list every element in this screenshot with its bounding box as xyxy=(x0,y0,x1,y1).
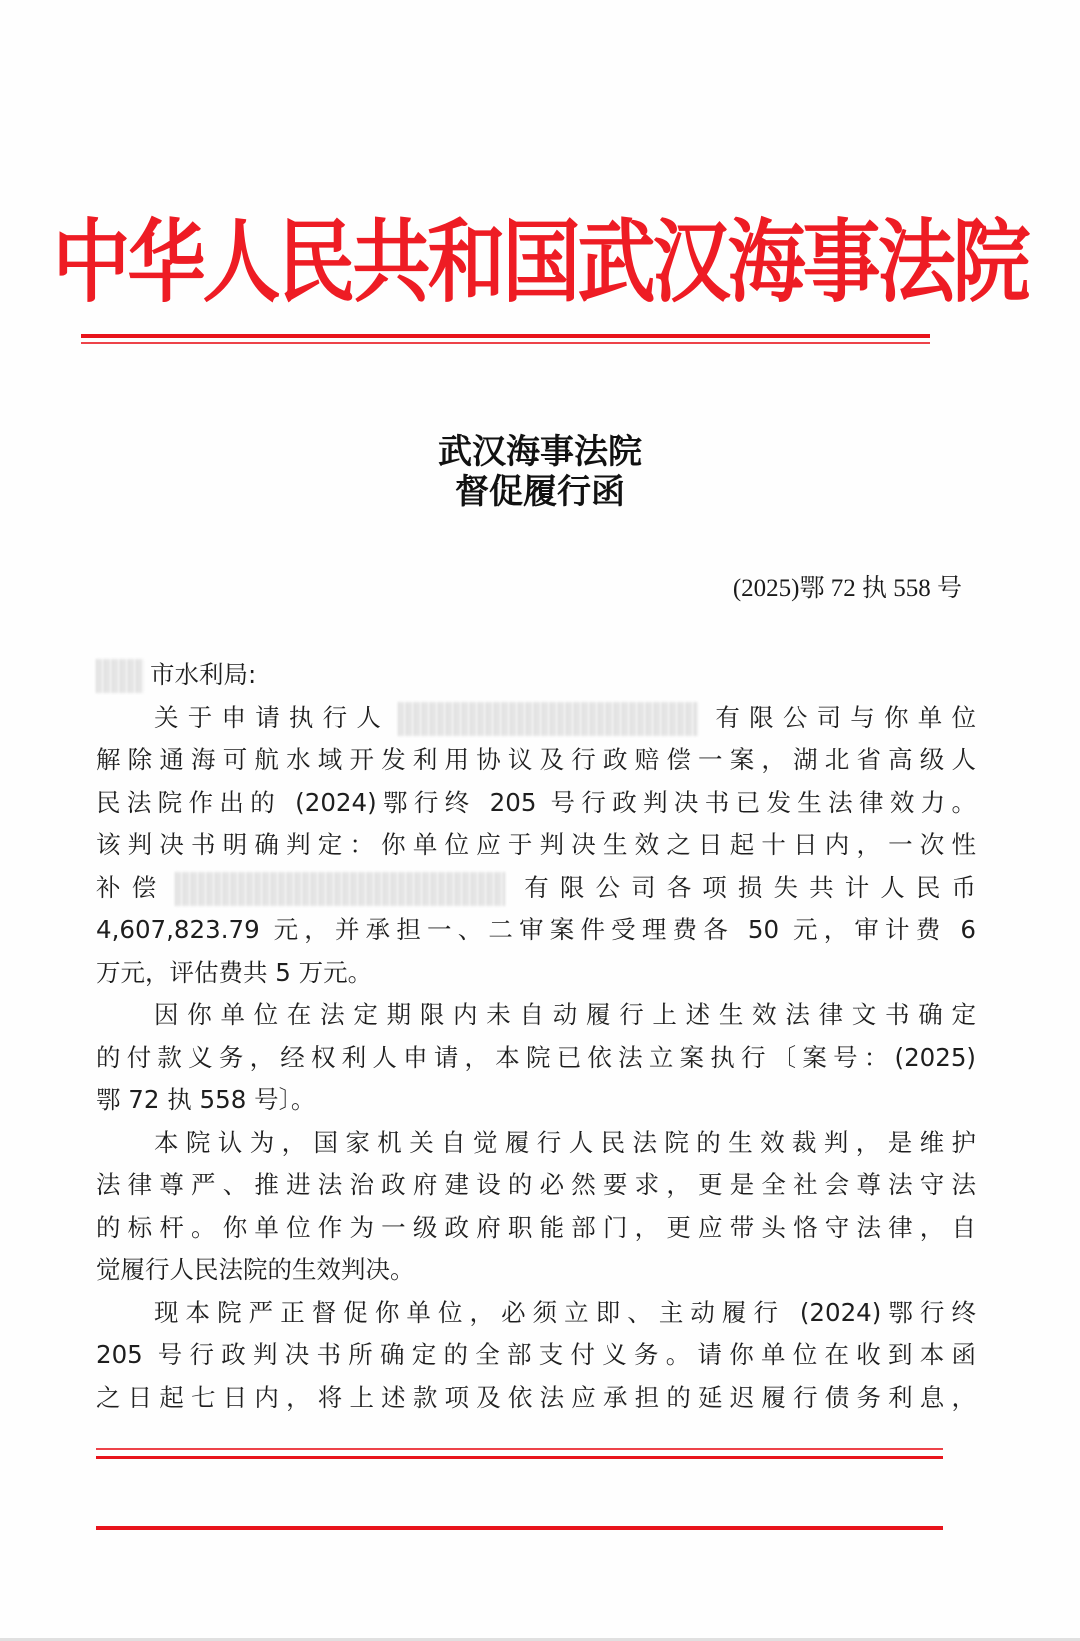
text: 补偿 xyxy=(96,873,167,902)
text: 关于申请执行人 xyxy=(154,703,390,732)
text: 有限公司各项损失共计人民币 xyxy=(513,873,976,902)
redacted-city xyxy=(96,659,144,693)
footer-divider-thin xyxy=(96,1448,943,1450)
paragraph-1-line-7: 万元，评估费共 5 万元。 xyxy=(96,952,976,995)
letter-body: 市水利局: 关于申请执行人有限公司与你单位 解除通海可航水域开发利用协议及行政赔… xyxy=(96,654,976,1419)
paragraph-1-line-6: 4,607,823.79 元，并承担一、二审案件受理费各 50 元，审计费 6 xyxy=(96,909,976,952)
paragraph-3-line-2: 法律尊严、推进法治政府建设的必然要求，更是全社会尊法守法 xyxy=(96,1164,976,1207)
paragraph-1-line-5: 补偿有限公司各项损失共计人民币 xyxy=(96,867,976,910)
letter-type: 督促履行函 xyxy=(0,472,1080,512)
paragraph-2-line-2: 的付款义务，经权利人申请，本院已依法立案执行〔案号：(2025) xyxy=(96,1037,976,1080)
redacted-company xyxy=(398,702,698,736)
paragraph-1-line-2: 解除通海可航水域开发利用协议及行政赔偿一案，湖北省高级人 xyxy=(96,739,976,782)
document-number: (2025)鄂 72 执 558 号 xyxy=(733,572,962,606)
paragraph-4-line-1: 现本院严正督促你单位，必须立即、主动履行 (2024)鄂行终 xyxy=(96,1292,976,1335)
paragraph-1-line-3: 民法院作出的 (2024)鄂行终 205 号行政判决书已发生法律效力。 xyxy=(96,782,976,825)
masthead-divider-thick xyxy=(81,334,930,338)
paragraph-2-line-1: 因你单位在法定期限内未自动履行上述生效法律文书确定 xyxy=(96,994,976,1037)
paragraph-1-line-1: 关于申请执行人有限公司与你单位 xyxy=(96,697,976,740)
document-title: 武汉海事法院 督促履行函 xyxy=(0,432,1080,512)
paragraph-3-line-1: 本院认为，国家机关自觉履行人民法院的生效裁判，是维护 xyxy=(96,1122,976,1165)
text: 有限公司与你单位 xyxy=(706,703,976,732)
redacted-company xyxy=(175,872,505,906)
paragraph-3-line-3: 的标杆。你单位作为一级政府职能部门，更应带头恪守法律，自 xyxy=(96,1207,976,1250)
paragraph-1-line-4: 该判决书明确判定：你单位应于判决生效之日起十日内，一次性 xyxy=(96,824,976,867)
court-name: 武汉海事法院 xyxy=(0,432,1080,472)
paragraph-2-line-3: 鄂 72 执 558 号〕。 xyxy=(96,1079,976,1122)
masthead-title: 中华人民共和国武汉海事法院 xyxy=(0,200,1080,327)
addressee-text: 市水利局: xyxy=(150,660,256,689)
footer-divider-thin-2 xyxy=(96,1456,943,1459)
masthead-divider-thin xyxy=(81,342,930,344)
addressee: 市水利局: xyxy=(96,654,976,697)
paragraph-4-line-3: 之日起七日内，将上述款项及依法应承担的延迟履行债务利息， xyxy=(96,1377,976,1420)
footer-divider-thick xyxy=(96,1526,943,1530)
paragraph-4-line-2: 205 号行政判决书所确定的全部支付义务。请你单位在收到本函 xyxy=(96,1334,976,1377)
paragraph-3-line-4: 觉履行人民法院的生效判决。 xyxy=(96,1249,976,1292)
